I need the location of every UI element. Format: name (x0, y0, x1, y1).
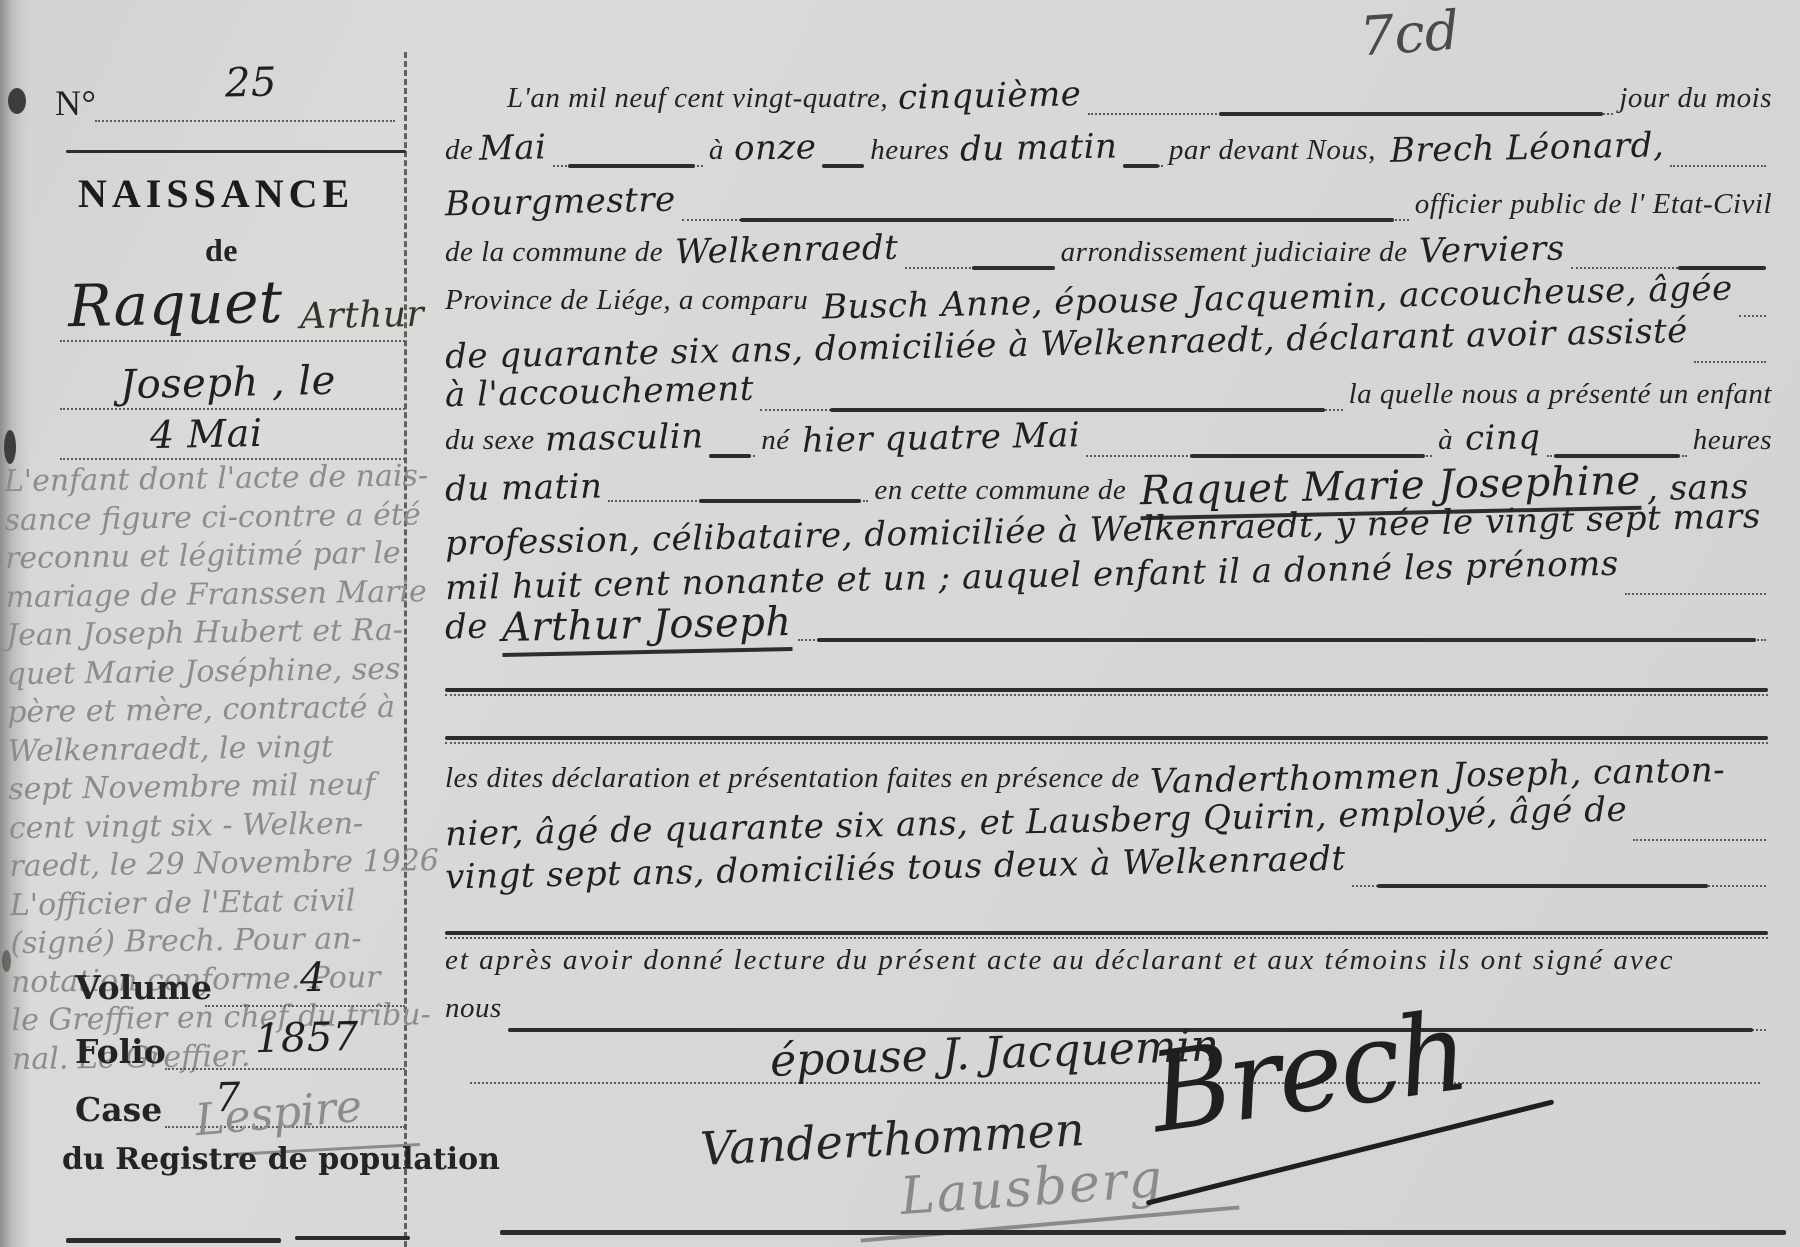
fill-line (1739, 313, 1766, 317)
fill-line (682, 217, 1409, 221)
handwritten-sex: masculin (544, 416, 703, 459)
form-line-7: à l'accouchement la quelle nous a présen… (445, 372, 1772, 420)
fill-line (1086, 453, 1432, 457)
child-middlename: Joseph , le (120, 358, 337, 409)
printed-text: à (709, 134, 724, 167)
printed-text: en cette commune de (874, 474, 1126, 507)
act-number: 25 (225, 59, 278, 106)
empty-rule-2 (445, 736, 1768, 740)
binding-mark (4, 430, 16, 464)
printed-text: jour du mois (1619, 82, 1772, 115)
fill-line (1547, 453, 1687, 457)
fill-line (760, 407, 1343, 411)
form-line-6: de quarante six ans, domiciliée à Welken… (445, 324, 1772, 372)
form-line-2: de Mai à onze heures du matin par devant… (445, 128, 1772, 176)
empty-rule-1-dots (445, 694, 1768, 696)
act-title-de: de (205, 232, 238, 269)
printed-text: arrondissement judiciaire de (1061, 236, 1408, 269)
fill-line (1352, 883, 1766, 887)
legitimation-marginal-note: L'enfant dont l'acte de nais- sance figu… (4, 457, 463, 1079)
fill-line (1694, 359, 1766, 363)
folio-value: 1857 (255, 1014, 360, 1062)
closing-line-1: et après avoir donné lecture du présent … (445, 944, 1772, 992)
fill-line (1670, 163, 1766, 167)
fill-line (905, 265, 1055, 269)
handwritten-child-firstnames: Arthur Joseph (501, 599, 792, 657)
registre-label: du Registre de population (62, 1142, 500, 1177)
number-dotted-line (95, 120, 395, 122)
empty-rule-2-dots (445, 742, 1768, 744)
printed-text: Province de Liége, a comparu (445, 284, 808, 317)
case-label: Case (75, 1090, 162, 1129)
volume-label: Volume (75, 968, 212, 1007)
handwritten-hour: onze (733, 127, 816, 169)
fill-line (709, 453, 755, 457)
printed-text: à (1438, 424, 1453, 457)
printed-text: les dites déclaration et présentation fa… (445, 762, 1140, 795)
corner-note: 7cd (1358, 0, 1461, 68)
folio-label: Folio (75, 1032, 166, 1071)
form-line-12: de Arthur Joseph (445, 602, 1772, 650)
handwritten-officer-name: Brech Léonard, (1390, 125, 1665, 171)
printed-text: heures (1693, 424, 1772, 457)
birth-date-margin: 4 Mai (150, 411, 263, 457)
fill-line (1571, 265, 1766, 269)
empty-rule-1 (445, 688, 1768, 692)
printed-text: du sexe (445, 424, 535, 457)
printed-text: officier public de l' Etat-Civil (1415, 188, 1772, 221)
margin-bottom-rule (66, 1238, 281, 1243)
fill-line (553, 163, 703, 167)
volume-dotted-line (205, 1005, 405, 1007)
printed-text: et après avoir donné lecture du présent … (445, 944, 1675, 977)
handwritten-birth-hour: cinq (1465, 417, 1541, 459)
number-label: N° (55, 82, 96, 124)
printed-text: par devant Nous, (1169, 134, 1376, 167)
fill-line (822, 163, 864, 167)
empty-rule-3-dots (445, 937, 1768, 939)
printed-text: la quelle nous a présenté un enfant (1349, 378, 1772, 411)
printed-text: nous (445, 992, 502, 1025)
volume-value: 4 (300, 955, 327, 1002)
folio-dotted-line (165, 1068, 405, 1070)
fill-line (608, 498, 868, 502)
fill-line (1633, 837, 1766, 841)
handwritten-commune: Welkenraedt (675, 228, 899, 273)
bottom-rule (500, 1230, 1786, 1235)
fill-line (1123, 163, 1163, 167)
birth-certificate-page: 7cd N° 25 NAISSANCE de Raquet Arthur Jos… (0, 0, 1800, 1247)
handwritten-witness-domicile: vingt sept ans, domiciliés tous deux à W… (445, 839, 1346, 898)
printed-text: de (445, 134, 473, 167)
fill-line (798, 637, 1766, 641)
empty-rule-3 (445, 931, 1768, 935)
margin-bottom-rule2 (295, 1236, 410, 1240)
signature-dotted-line (470, 1082, 1760, 1084)
child-firstname: Arthur (300, 294, 425, 338)
handwritten-day-word: cinquième (898, 74, 1082, 118)
fill-line (1088, 111, 1614, 115)
binding-mark (8, 88, 26, 114)
printed-text: de la commune de (445, 236, 663, 269)
name-dotted-line (60, 340, 405, 342)
handwritten-am-pm: du matin (959, 126, 1117, 169)
handwritten-text: de (445, 607, 489, 648)
form-line-3: Bourgmestre officier public de l' Etat-C… (445, 182, 1772, 230)
handwritten-accouchement: à l'accouchement (445, 369, 755, 415)
handwritten-month: Mai (479, 127, 547, 168)
margin-divider (66, 150, 406, 153)
printed-text: né (761, 424, 789, 457)
printed-text: heures (870, 134, 949, 167)
handwritten-arrondissement: Verviers (1419, 228, 1566, 271)
form-line-1: L'an mil neuf cent vingt-quatre, cinquiè… (445, 76, 1772, 124)
act-title: NAISSANCE (78, 170, 354, 217)
name-dotted-line2 (60, 408, 405, 410)
handwritten-am-pm2: du matin (445, 466, 603, 509)
fill-line (1625, 591, 1766, 595)
form-line-11: mil huit cent nonante et un ; auquel enf… (445, 556, 1772, 604)
printed-text: L'an mil neuf cent vingt-quatre, (507, 82, 888, 115)
handwritten-officer-title: Bourgmestre (445, 180, 677, 225)
witnesses-line-3: vingt sept ans, domiciliés tous deux à W… (445, 848, 1772, 896)
child-surname: Raquet (67, 268, 283, 340)
handwritten-birthday: hier quatre Mai (801, 415, 1080, 461)
